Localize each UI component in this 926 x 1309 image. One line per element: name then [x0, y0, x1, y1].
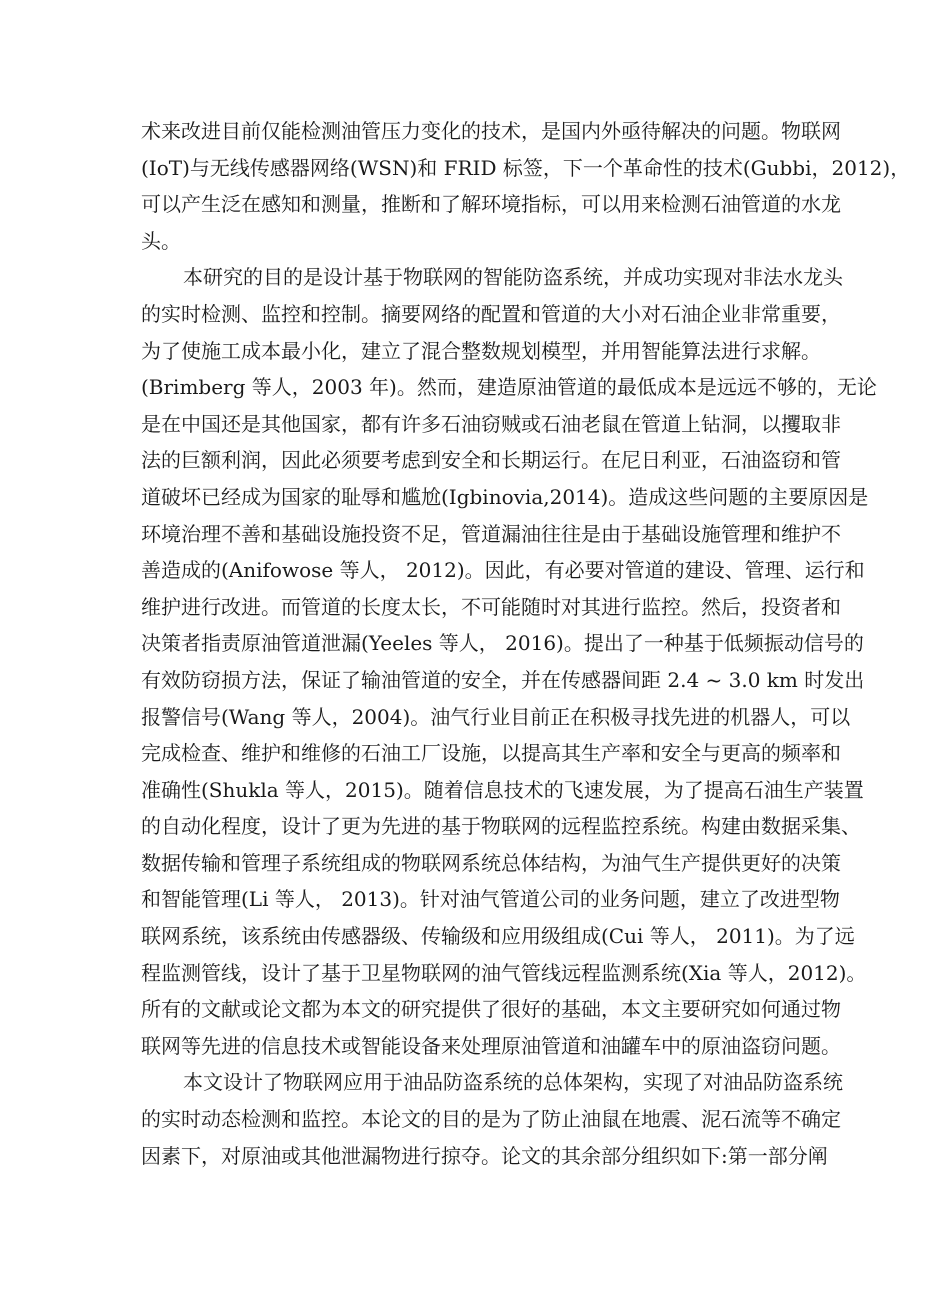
text-line: 联网系统，该系统由传感器级、传输级和应用级组成(Cui 等人， 2011)。为了… [141, 921, 786, 958]
paragraph-2: 本研究的目的是设计基于物联网的智能防盗系统，并成功实现对非法水龙头 的实时检测、… [141, 262, 786, 1067]
text-line: 和智能管理(Li 等人， 2013)。针对油气管道公司的业务问题，建立了改进型物 [141, 884, 786, 921]
paragraph-3: 本文设计了物联网应用于油品防盗系统的总体架构，实现了对油品防盗系统 的实时动态检… [141, 1067, 786, 1177]
text-line: 维护进行改进。而管道的长度太长，不可能随时对其进行监控。然后，投资者和 [141, 592, 786, 629]
text-line: 的自动化程度，设计了更为先进的基于物联网的远程监控系统。构建由数据采集、 [141, 811, 786, 848]
text-line: (IoT)与无线传感器网络(WSN)和 FRID 标签，下一个革命性的技术(Gu… [141, 153, 786, 190]
text-line: 数据传输和管理子系统组成的物联网系统总体结构，为油气生产提供更好的决策 [141, 848, 786, 885]
text-line: 环境治理不善和基础设施投资不足，管道漏油往往是由于基础设施管理和维护不 [141, 519, 786, 556]
text-line: 完成检查、维护和维修的石油工厂设施，以提高其生产率和安全与更高的频率和 [141, 738, 786, 775]
text-line: 可以产生泛在感知和测量，推断和了解环境指标，可以用来检测石油管道的水龙 [141, 189, 786, 226]
text-line: 的实时动态检测和监控。本论文的目的是为了防止油鼠在地震、泥石流等不确定 [141, 1104, 786, 1141]
text-line: 准确性(Shukla 等人，2015)。随着信息技术的飞速发展，为了提高石油生产… [141, 775, 786, 812]
text-line: 是在中国还是其他国家，都有许多石油窃贼或石油老鼠在管道上钻洞，以攫取非 [141, 409, 786, 446]
document-page: 术来改进目前仅能检测油管压力变化的技术，是国内外亟待解决的问题。物联网 (IoT… [141, 116, 786, 1177]
text-line: 有效防窃损方法，保证了输油管道的安全，并在传感器间距 2.4 ~ 3.0 km … [141, 665, 786, 702]
text-line: 程监测管线，设计了基于卫星物联网的油气管线远程监测系统(Xia 等人，2012)… [141, 958, 786, 995]
text-line: 为了使施工成本最小化，建立了混合整数规划模型，并用智能算法进行求解。 [141, 336, 786, 373]
text-line: 因素下，对原油或其他泄漏物进行掠夺。论文的其余部分组织如下:第一部分阐 [141, 1141, 786, 1178]
text-line: 所有的文献或论文都为本文的研究提供了很好的基础，本文主要研究如何通过物 [141, 994, 786, 1031]
text-line: 的实时检测、监控和控制。摘要网络的配置和管道的大小对石油企业非常重要， [141, 299, 786, 336]
text-line: 本文设计了物联网应用于油品防盗系统的总体架构，实现了对油品防盗系统 [141, 1067, 786, 1104]
text-line: 联网等先进的信息技术或智能设备来处理原油管道和油罐车中的原油盗窃问题。 [141, 1031, 786, 1068]
paragraph-1: 术来改进目前仅能检测油管压力变化的技术，是国内外亟待解决的问题。物联网 (IoT… [141, 116, 786, 262]
text-line: 头。 [141, 226, 786, 263]
text-line: 决策者指责原油管道泄漏(Yeeles 等人， 2016)。提出了一种基于低频振动… [141, 628, 786, 665]
text-line: 善造成的(Anifowose 等人， 2012)。因此，有必要对管道的建设、管理… [141, 555, 786, 592]
text-line: 报警信号(Wang 等人，2004)。油气行业目前正在积极寻找先进的机器人，可以 [141, 702, 786, 739]
text-line: (Brimberg 等人，2003 年)。然而，建造原油管道的最低成本是远远不够… [141, 372, 786, 409]
text-line: 术来改进目前仅能检测油管压力变化的技术，是国内外亟待解决的问题。物联网 [141, 116, 786, 153]
text-line: 法的巨额利润，因此必须要考虑到安全和长期运行。在尼日利亚，石油盗窃和管 [141, 445, 786, 482]
text-line: 本研究的目的是设计基于物联网的智能防盗系统，并成功实现对非法水龙头 [141, 262, 786, 299]
text-line: 道破坏已经成为国家的耻辱和尴尬(Igbinovia,2014)。造成这些问题的主… [141, 482, 786, 519]
